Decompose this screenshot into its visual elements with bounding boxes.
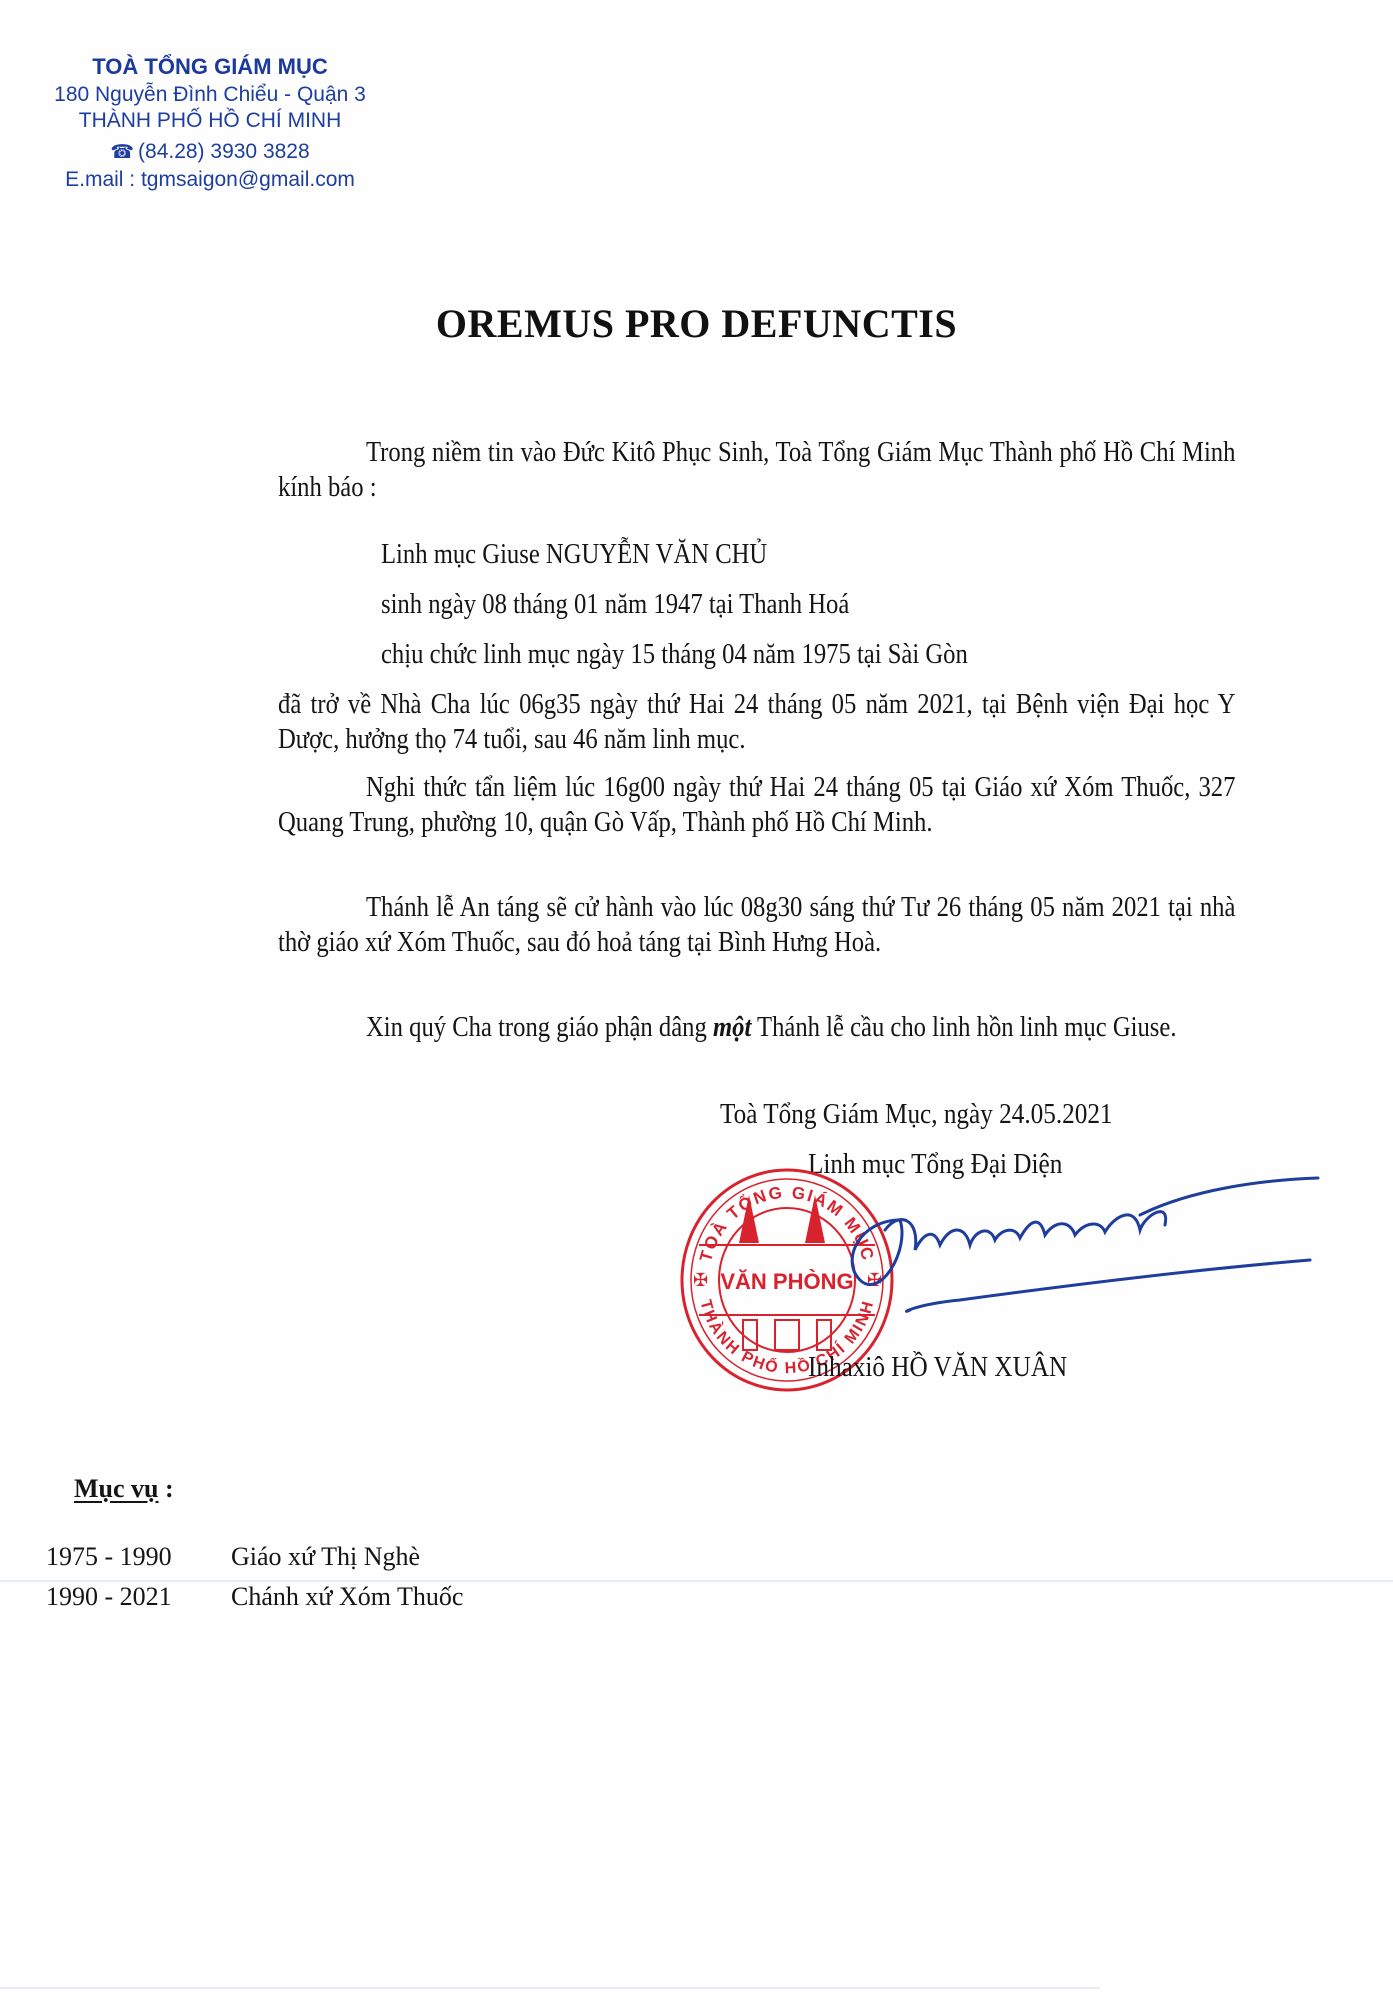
handwritten-signature (840, 1160, 1320, 1320)
deceased-birth: sinh ngày 08 tháng 01 năm 1947 tại Thanh… (381, 587, 849, 622)
funeral-paragraph: Thánh lễ An táng sẽ cử hành vào lúc 08g3… (278, 890, 1235, 960)
organization-name: TOÀ TỔNG GIÁM MỤC (40, 52, 380, 82)
document-title: OREMUS PRO DEFUNCTIS (0, 300, 1393, 347)
request-paragraph: Xin quý Cha trong giáo phận dâng một Thá… (278, 1010, 1235, 1045)
ministry-years: 1975 - 1990 (46, 1542, 231, 1572)
telephone-icon: ☎ (110, 139, 134, 167)
ministry-heading: Mục vụ : (74, 1474, 174, 1504)
deceased-name: Linh mục Giuse NGUYỄN VĂN CHỦ (381, 537, 767, 572)
document-page: TOÀ TỔNG GIÁM MỤC 180 Nguyễn Đình Chiểu … (0, 0, 1393, 2000)
organization-phone: (84.28) 3930 3828 (138, 140, 310, 163)
organization-email: E.mail : tgmsaigon@gmail.com (40, 167, 380, 193)
ministry-assignment: Chánh xứ Xóm Thuốc (231, 1582, 463, 1611)
deceased-ordination: chịu chức linh mục ngày 15 tháng 04 năm … (381, 637, 968, 672)
scan-artifact-line (0, 1987, 1100, 1989)
svg-text:✠: ✠ (693, 1270, 708, 1290)
ministry-assignment: Giáo xứ Thị Nghè (231, 1542, 420, 1571)
ministry-years: 1990 - 2021 (46, 1582, 231, 1612)
signer-name: Inhaxiô HỒ VĂN XUÂN (808, 1350, 1067, 1385)
svg-text:VĂN PHÒNG: VĂN PHÒNG (720, 1269, 853, 1294)
organization-phone-line: ☎(84.28) 3930 3828 (40, 138, 380, 167)
encoffining-paragraph: Nghi thức tẩn liệm lúc 16g00 ngày thứ Ha… (278, 770, 1235, 840)
organization-city: THÀNH PHỐ HỒ CHÍ MINH (40, 108, 380, 134)
intro-paragraph: Trong niềm tin vào Đức Kitô Phục Sinh, T… (278, 435, 1235, 505)
place-date: Toà Tổng Giám Mục, ngày 24.05.2021 (720, 1097, 1113, 1132)
ministry-entry: 1975 - 1990Giáo xứ Thị Nghè (46, 1542, 420, 1572)
letterhead: TOÀ TỔNG GIÁM MỤC 180 Nguyễn Đình Chiểu … (40, 52, 380, 193)
organization-address: 180 Nguyễn Đình Chiểu - Quận 3 (40, 82, 380, 108)
ministry-entry: 1990 - 2021Chánh xứ Xóm Thuốc (46, 1582, 463, 1612)
emphasis-one: một (713, 1012, 751, 1043)
death-paragraph: đã trở về Nhà Cha lúc 06g35 ngày thứ Hai… (278, 687, 1235, 757)
